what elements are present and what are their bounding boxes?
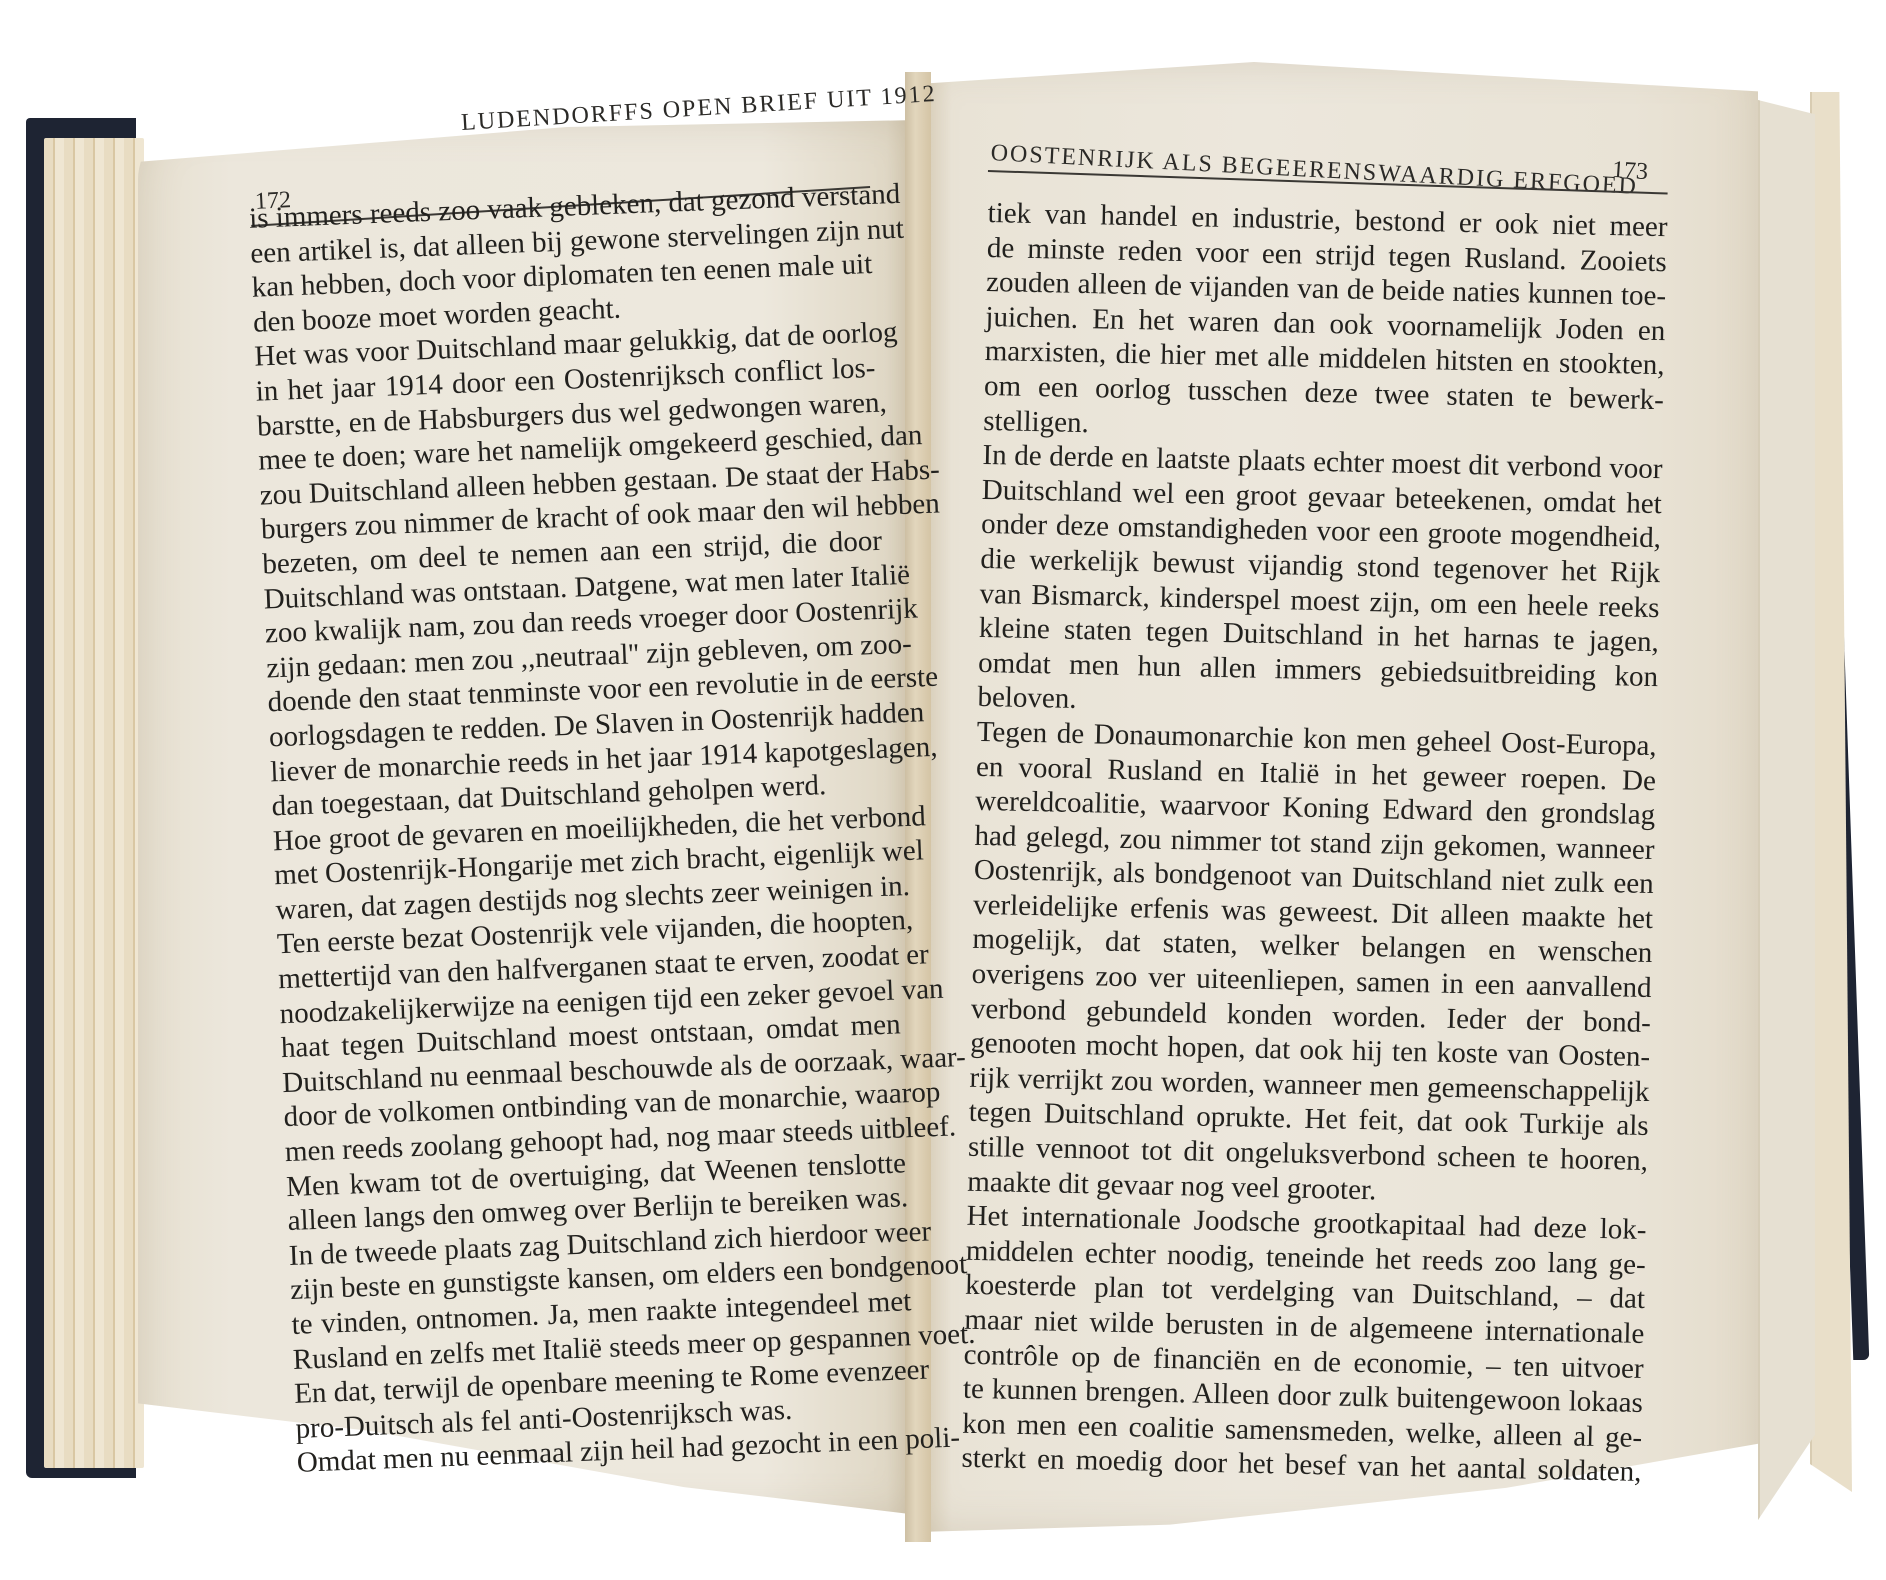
page-edges-left [44,138,144,1468]
left-page-body: is immers reeds zoo vaak gebleken, dat g… [248,178,917,1481]
right-page-number: 173 [1611,157,1649,186]
page-edges-right [1810,92,1852,1492]
right-page-body: tiek van handel en industrie, bestond er… [961,196,1668,1490]
page-leaf-right [1758,100,1815,1520]
